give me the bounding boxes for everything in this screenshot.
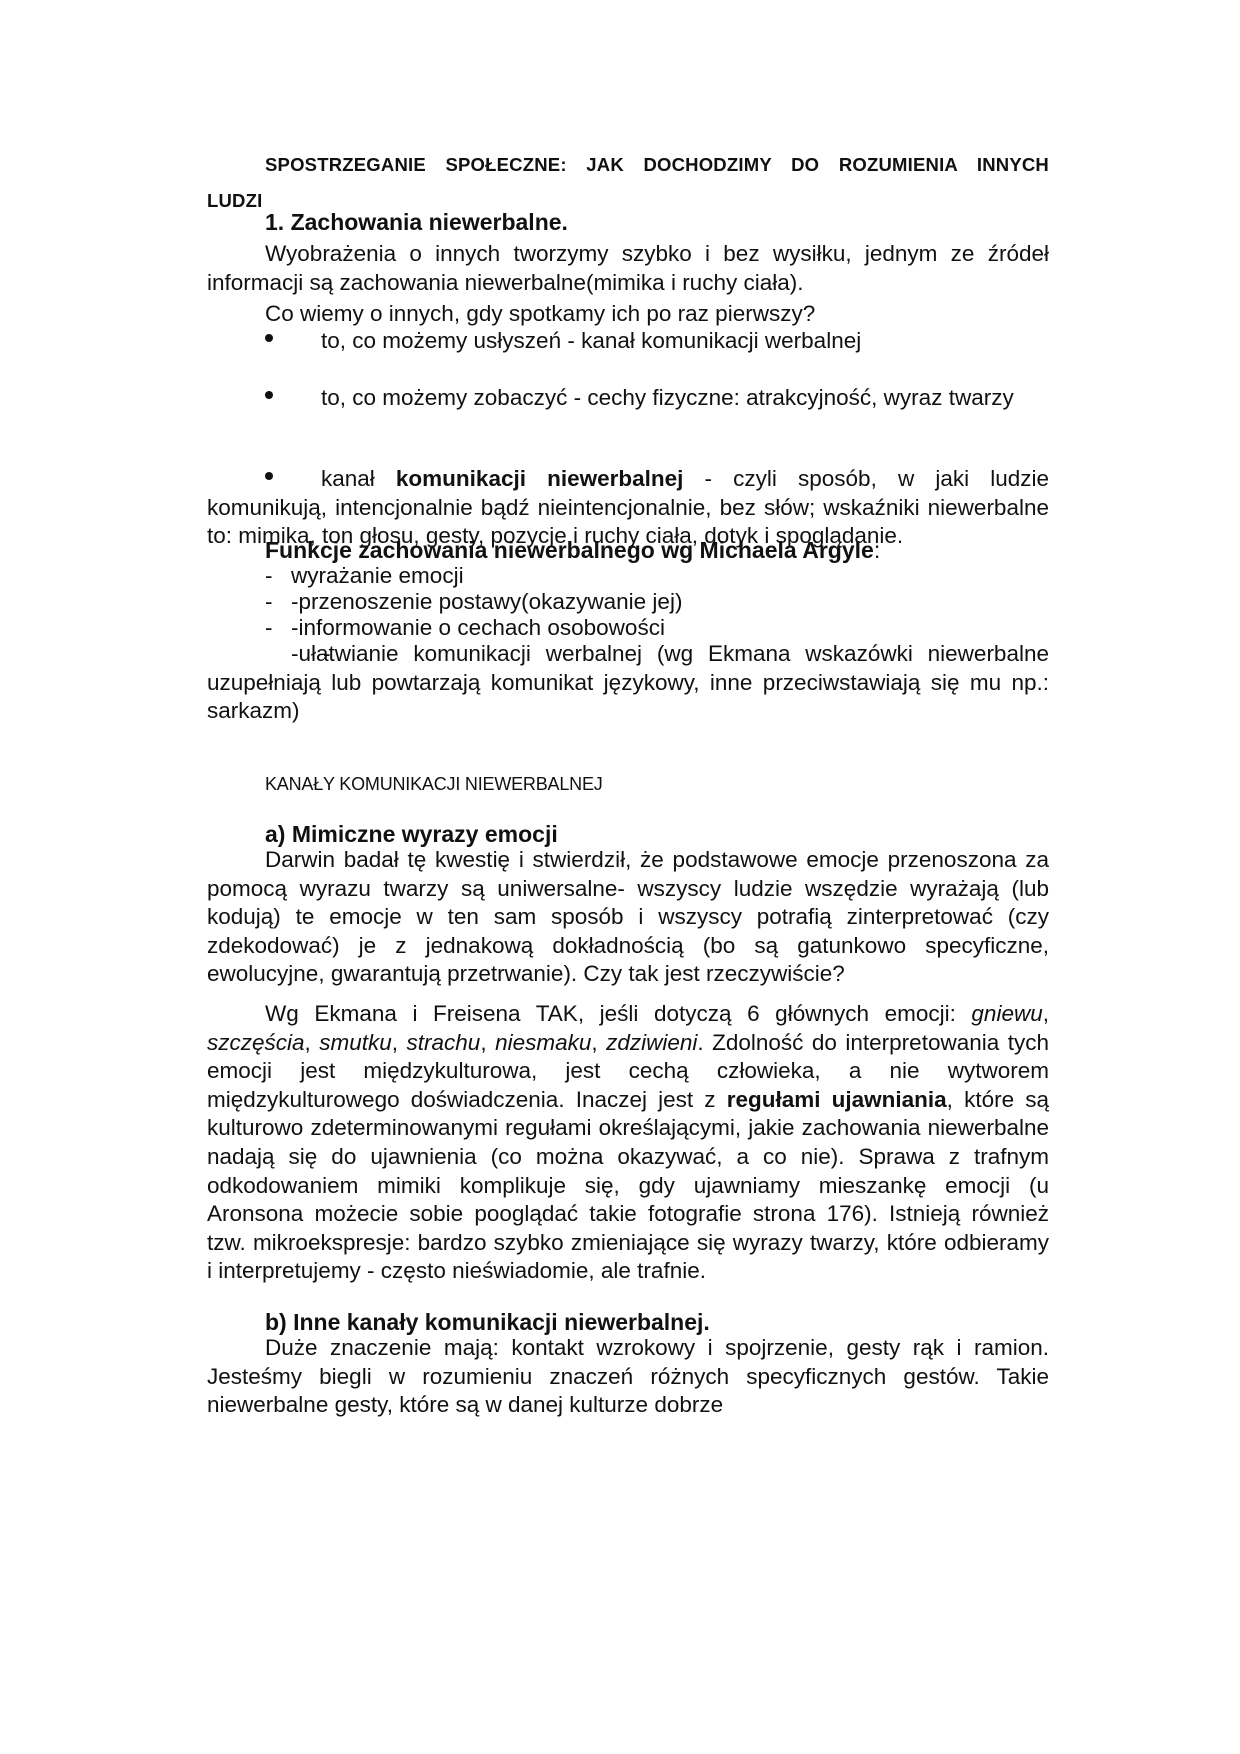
section-b-paragraph: Duże znaczenie mają: kontakt wzrokowy i … — [207, 1334, 1049, 1420]
bullet-item: to, co możemy usłyszeń - kanał komunikac… — [207, 327, 1049, 356]
bullet-icon — [265, 472, 273, 480]
bullet-item: to, co możemy zobaczyć - cechy fizyczne:… — [207, 384, 1049, 413]
section-a-heading: a) Mimiczne wyrazy emocji — [207, 820, 1107, 849]
section-a-paragraph-1: Darwin badał tę kwestię i stwierdził, że… — [207, 846, 1049, 989]
bullet-icon — [265, 334, 273, 342]
function-item: --informowanie o cechach osobowości — [207, 614, 1107, 643]
bold-term: komunikacji niewerbalnej — [396, 466, 683, 491]
bullet-icon — [265, 391, 273, 399]
document-page: SPOSTRZEGANIE SPOŁECZNE: JAK DOCHODZIMY … — [207, 0, 1049, 143]
question-text: Co wiemy o innych, gdy spotkamy ich po r… — [207, 300, 1107, 329]
function-item: -wyrażanie emocji — [207, 562, 1107, 591]
section-b-heading: b) Inne kanały komunikacji niewerbalnej. — [207, 1308, 1107, 1337]
functions-heading: Funkcje zachowania niewerbalnego wg Mich… — [207, 536, 1107, 565]
bold-term: regułami ujawniania — [727, 1087, 947, 1112]
title-line-1: SPOSTRZEGANIE SPOŁECZNE: JAK DOCHODZIMY … — [265, 154, 1049, 175]
function-item: --ułatwianie komunikacji werbalnej (wg E… — [207, 640, 1049, 726]
document-title: SPOSTRZEGANIE SPOŁECZNE: JAK DOCHODZIMY … — [207, 150, 1049, 216]
channels-heading: KANAŁY KOMUNIKACJI NIEWERBALNEJ — [207, 770, 1107, 799]
section-1-heading: 1. Zachowania niewerbalne. — [207, 208, 1107, 237]
function-item: --przenoszenie postawy(okazywanie jej) — [207, 588, 1107, 617]
section-1-paragraph: Wyobrażenia o innych tworzymy szybko i b… — [207, 240, 1049, 297]
section-a-paragraph-2: Wg Ekmana i Freisena TAK, jeśli dotyczą … — [207, 1000, 1049, 1286]
